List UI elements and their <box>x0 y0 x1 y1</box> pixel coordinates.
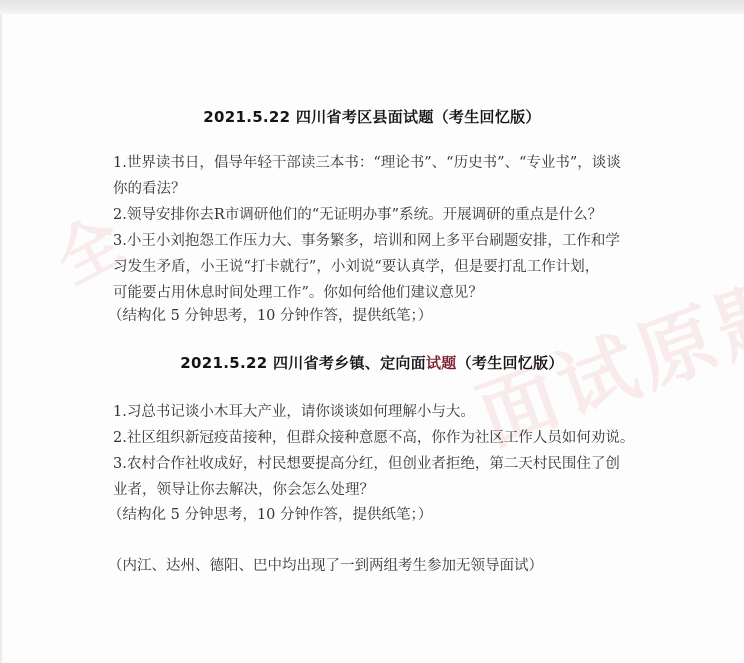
section1-note: （结构化 5 分钟思考，10 分钟作答，提供纸笔；） <box>108 306 432 326</box>
section2-note: （结构化 5 分钟思考，10 分钟作答，提供纸笔；） <box>108 505 432 525</box>
section2-question-line: 1.习总书记谈小木耳大产业，请你谈谈如何理解小与大。 <box>113 402 475 422</box>
section1-question-line: 习发生矛盾，小王说“打卡就行”，小刘说“要认真学，但是要打乱工作计划， <box>113 257 599 277</box>
section2-question-line: 3.农村合作社收成好，村民想要提高分红，但创业者拒绝，第二天村民围住了创 <box>113 454 620 474</box>
section1-question-line: 3.小王小刘抱怨工作压力大、事务繁多，培训和网上多平台刷题安排，工作和学 <box>113 231 620 251</box>
section1-question-line: 可能要占用休息时间处理工作”。你如何给他们建议意见？ <box>113 283 483 303</box>
section2-question-line: 2.社区组织新冠疫苗接种，但群众接种意愿不高，你作为社区工作人员如何劝说。 <box>113 428 634 448</box>
section2-question-line: 业者，领导让你去解决，你会怎么处理？ <box>113 480 374 500</box>
footer-note: （内江、达州、德阳、巴中均出现了一到两组考生参加无领导面试） <box>108 556 543 576</box>
section1-title: 2021.5.22 四川省考区县面试题（考生回忆版） <box>0 106 744 127</box>
section2-title-tail: （考生回忆版） <box>457 354 564 372</box>
section2-title-main: 2021.5.22 四川省考乡镇、定向面 <box>180 354 426 372</box>
section1-question-line: 你的看法？ <box>113 179 186 199</box>
section1-question-line: 2.领导安排你去R市调研他们的“无证明办事”系统。开展调研的重点是什么？ <box>113 205 602 225</box>
section2-title-highlight: 试题 <box>426 354 457 372</box>
page-top-edge <box>0 0 744 14</box>
section2-title: 2021.5.22 四川省考乡镇、定向面试题（考生回忆版） <box>0 352 744 373</box>
section1-question-line: 1.世界读书日，倡导年轻干部读三本书：“理论书”、“历史书”、“专业书”，谈谈 <box>113 153 621 173</box>
